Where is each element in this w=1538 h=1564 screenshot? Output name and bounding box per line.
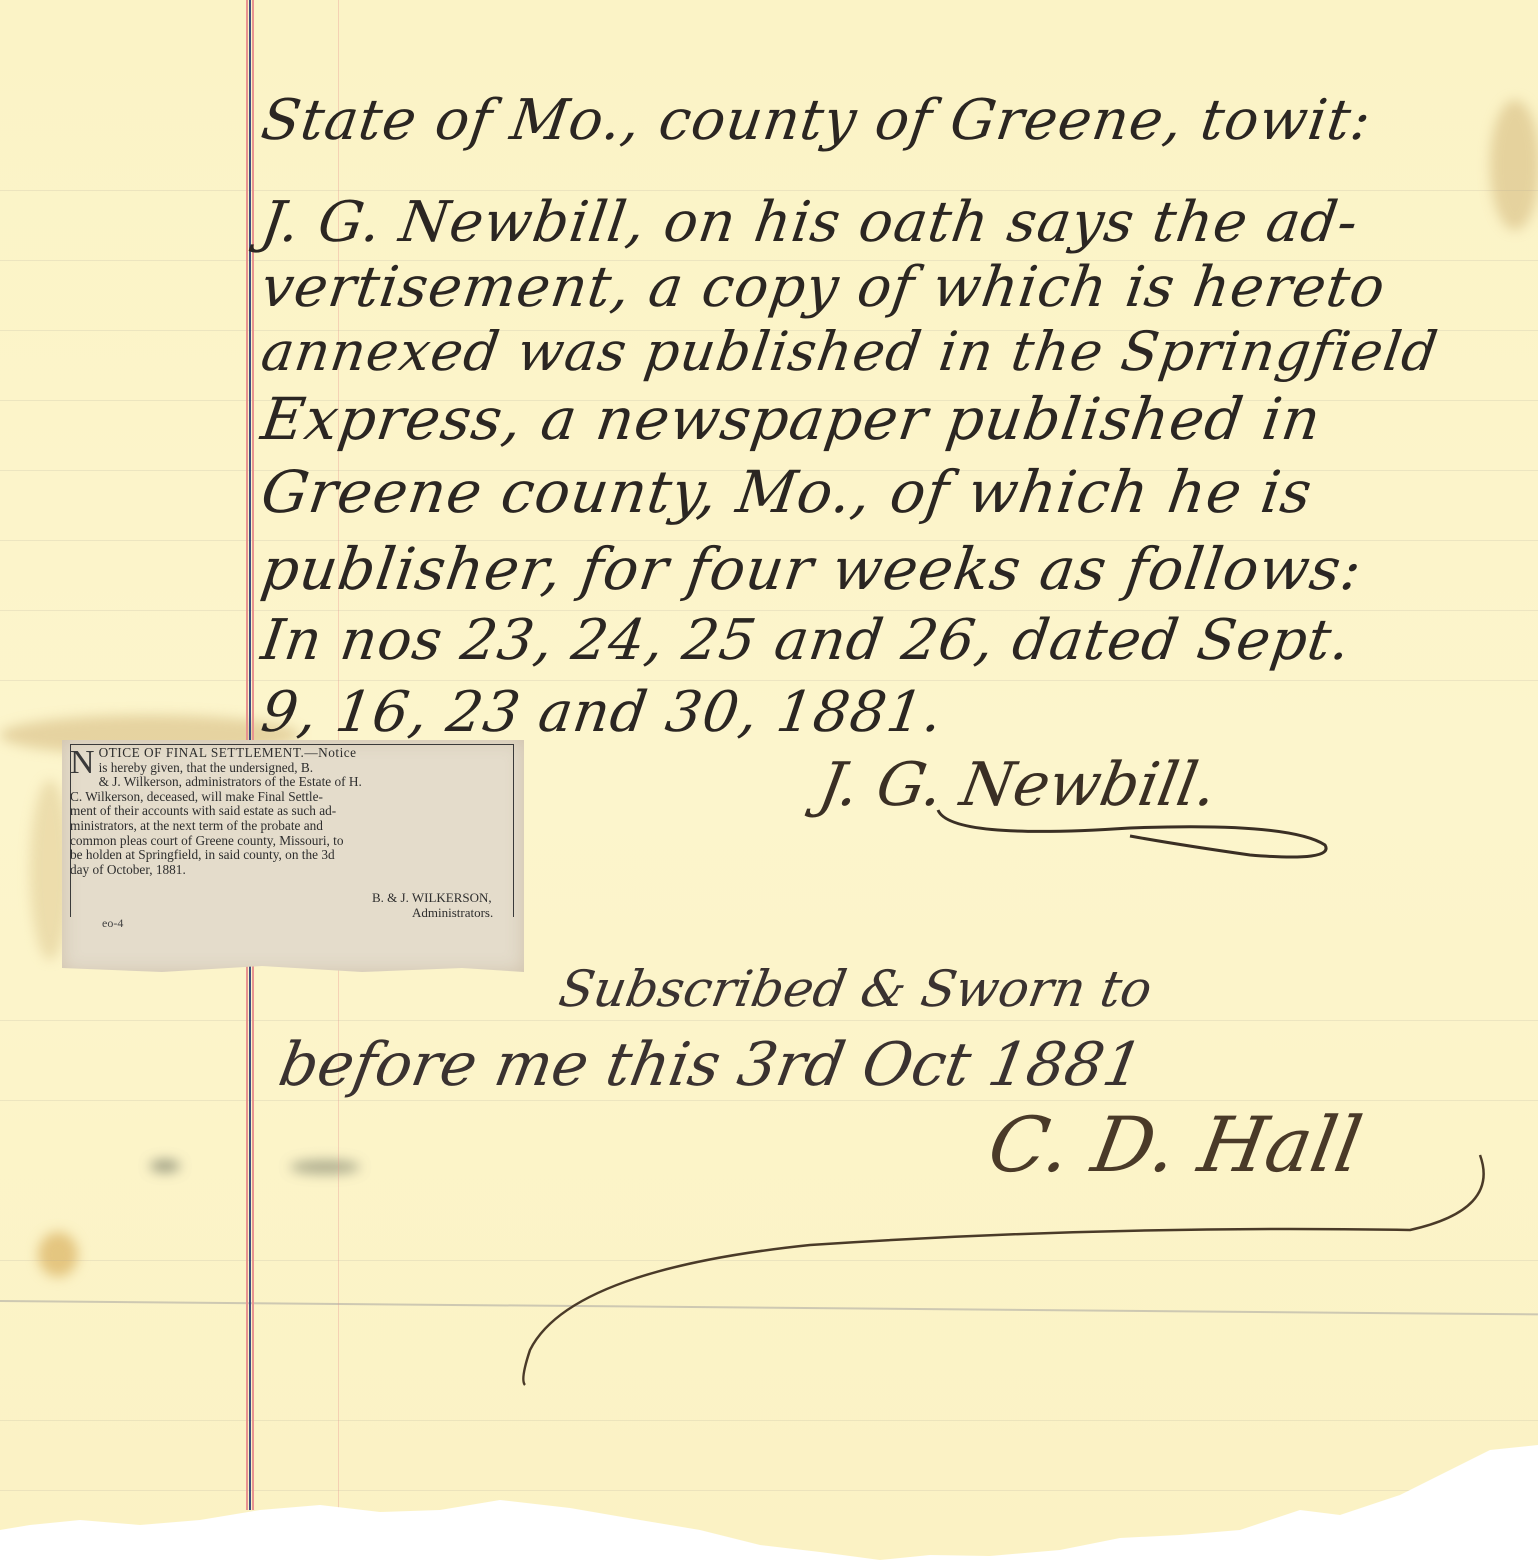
ruled-line [0,1420,1538,1421]
clipping-body: N OTICE OF FINAL SETTLEMENT.—Notice is h… [70,746,498,877]
clipping-line: OTICE OF FINAL SETTLEMENT.—Notice [70,746,498,761]
water-stain-right [1490,100,1538,230]
ink-blot-check [150,1160,180,1172]
clipping-line: be holden at Springfield, in said county… [70,848,498,863]
handwritten-line-8: In nos 23, 24, 25 and 26, dated Sept. [257,608,1354,673]
clerk-signature-flourish [510,1150,1500,1390]
clipping-dropcap: N [70,748,95,778]
ink-blot-dash [290,1160,360,1174]
ruled-line [0,1020,1538,1021]
clipping-signers-name: B. & J. WILKERSON, [372,890,493,905]
clipping-line: ministrators, at the next term of the pr… [70,819,498,834]
newspaper-clipping: N OTICE OF FINAL SETTLEMENT.—Notice is h… [62,740,524,972]
handwritten-line-3: vertisement, a copy of which is hereto [257,255,1389,320]
handwritten-line-6: Greene county, Mo., of which he is [257,458,1316,526]
paper-sheet: State of Mo., county of Greene, towit: J… [0,0,1538,1564]
clipping-line: common pleas court of Greene county, Mis… [70,834,498,849]
handwritten-line-2: J. G. Newbill, on his oath says the ad- [257,190,1362,255]
ruled-line [0,1490,1538,1491]
clipping-line: day of October, 1881. [70,863,498,878]
clipping-line: & J. Wilkerson, administrators of the Es… [70,775,498,790]
handwritten-line-9: 9, 16, 23 and 30, 1881. [257,680,947,745]
handwritten-line-5: Express, a newspaper published in [257,385,1325,453]
handwritten-line-4: annexed was published in the Springfield [258,320,1442,383]
clipping-line: C. Wilkerson, deceased, will make Final … [70,790,498,805]
clipping-signers: B. & J. WILKERSON, Administrators. [302,890,493,920]
jurat-line-2: before me this 3rd Oct 1881 [274,1030,1148,1100]
clipping-signers-title: Administrators. [412,905,493,920]
stain-spot [38,1232,78,1277]
handwritten-line-7: publisher, for four weeks as follows: [257,535,1366,603]
signature-flourish [930,800,1350,870]
handwritten-line-1: State of Mo., county of Greene, towit: [257,88,1375,153]
clipping-line: ment of their accounts with said estate … [70,804,498,819]
jurat-line-1: Subscribed & Sworn to [555,960,1156,1018]
clipping-footer-code: eo-4 [102,916,123,931]
clipping-line: is hereby given, that the undersigned, B… [70,761,498,776]
